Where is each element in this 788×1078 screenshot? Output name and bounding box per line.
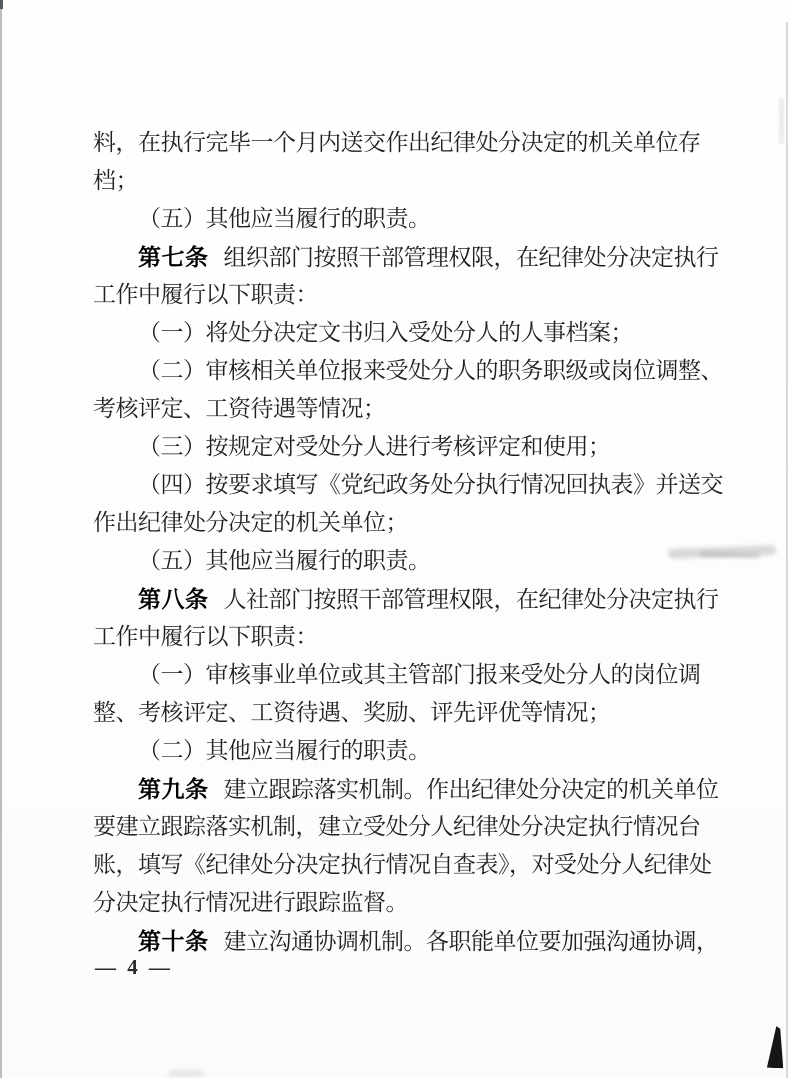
text-segment: 建立跟踪落实机制。作出纪律处分决定的机关单位 — [224, 777, 719, 802]
text-segment: （二）其他应当履行的职责。 — [138, 738, 431, 763]
text-segment: （二）审核相关单位报来受处分人的职务职级或岗位调整、 — [138, 358, 723, 383]
text-line: 第八条人社部门按照干部管理权限，在纪律处分决定执行 — [93, 580, 713, 618]
article-number-label: 第八条 — [138, 586, 209, 612]
text-line: （五）其他应当履行的职责。 — [93, 200, 713, 238]
scan-bottom-corner-mark — [763, 1026, 784, 1069]
text-line: 第七条组织部门按照干部管理权限，在纪律处分决定执行 — [93, 238, 713, 276]
scan-faint-edge-mark — [779, 98, 784, 144]
text-segment: 账，填写《纪律处分决定执行情况自查表》，对受处分人纪律处 — [93, 852, 712, 877]
scan-left-edge-line — [0, 0, 2, 1078]
text-line: 工作中履行以下职责： — [93, 276, 713, 314]
article-number-label: 第十条 — [138, 928, 209, 954]
text-segment: 整、考核评定、工资待遇、奖励、评先评优等情况； — [93, 700, 611, 725]
text-line: 要建立跟踪落实机制，建立受处分人纪律处分决定执行情况台 — [93, 808, 713, 846]
text-segment: （一）审核事业单位或其主管部门报来受处分人的岗位调 — [138, 662, 701, 687]
text-segment: 料，在执行完毕一个月内送交作出纪律处分决定的机关单位存 — [93, 130, 701, 155]
text-segment: 工作中履行以下职责： — [93, 282, 318, 307]
text-segment: （三）按规定对受处分人进行考核评定和使用； — [138, 434, 611, 459]
document-body: 料，在执行完毕一个月内送交作出纪律处分决定的机关单位存档；（五）其他应当履行的职… — [93, 124, 713, 960]
text-line: 料，在执行完毕一个月内送交作出纪律处分决定的机关单位存 — [93, 124, 713, 162]
text-segment: 要建立跟踪落实机制，建立受处分人纪律处分决定执行情况台 — [93, 814, 701, 839]
text-segment: （四）按要求填写《党纪政务处分执行情况回执表》并送交 — [138, 472, 723, 497]
text-segment: 档； — [93, 168, 138, 193]
text-segment: （五）其他应当履行的职责。 — [138, 548, 431, 573]
text-segment: 组织部门按照干部管理权限，在纪律处分决定执行 — [224, 245, 719, 270]
text-segment: 分决定执行情况进行跟踪监督。 — [93, 890, 408, 915]
page-number: — 4 — — [95, 955, 173, 980]
text-segment: 人社部门按照干部管理权限，在纪律处分决定执行 — [224, 587, 719, 612]
text-line: 整、考核评定、工资待遇、奖励、评先评优等情况； — [93, 694, 713, 732]
scan-smudge-bottom — [168, 1070, 204, 1077]
text-segment: （一）将处分决定文书归入受处分人的人事档案； — [138, 320, 633, 345]
text-line: 第十条建立沟通协调机制。各职能单位要加强沟通协调， — [93, 922, 713, 960]
text-line: 账，填写《纪律处分决定执行情况自查表》，对受处分人纪律处 — [93, 846, 713, 884]
text-line: （五）其他应当履行的职责。 — [93, 542, 713, 580]
article-number-label: 第七条 — [138, 244, 209, 270]
article-number-label: 第九条 — [138, 776, 209, 802]
text-segment: （五）其他应当履行的职责。 — [138, 206, 431, 231]
text-segment: 作出纪律处分决定的机关单位； — [93, 510, 408, 535]
text-line: 分决定执行情况进行跟踪监督。 — [93, 884, 713, 922]
text-line: （三）按规定对受处分人进行考核评定和使用； — [93, 428, 713, 466]
text-line: （四）按要求填写《党纪政务处分执行情况回执表》并送交 — [93, 466, 713, 504]
scan-corner-speck — [0, 0, 3, 9]
text-segment: 建立沟通协调机制。各职能单位要加强沟通协调， — [224, 929, 719, 954]
text-line: 作出纪律处分决定的机关单位； — [93, 504, 713, 542]
text-line: （一）将处分决定文书归入受处分人的人事档案； — [93, 314, 713, 352]
text-line: （二）审核相关单位报来受处分人的职务职级或岗位调整、 — [93, 352, 713, 390]
text-line: 第九条建立跟踪落实机制。作出纪律处分决定的机关单位 — [93, 770, 713, 808]
text-line: 考核评定、工资待遇等情况； — [93, 390, 713, 428]
text-line: （一）审核事业单位或其主管部门报来受处分人的岗位调 — [93, 656, 713, 694]
text-line: 工作中履行以下职责： — [93, 618, 713, 656]
text-segment: 工作中履行以下职责： — [93, 624, 318, 649]
text-segment: 考核评定、工资待遇等情况； — [93, 396, 386, 421]
document-page: 料，在执行完毕一个月内送交作出纪律处分决定的机关单位存档；（五）其他应当履行的职… — [0, 0, 788, 1078]
text-line: 档； — [93, 162, 713, 200]
text-line: （二）其他应当履行的职责。 — [93, 732, 713, 770]
